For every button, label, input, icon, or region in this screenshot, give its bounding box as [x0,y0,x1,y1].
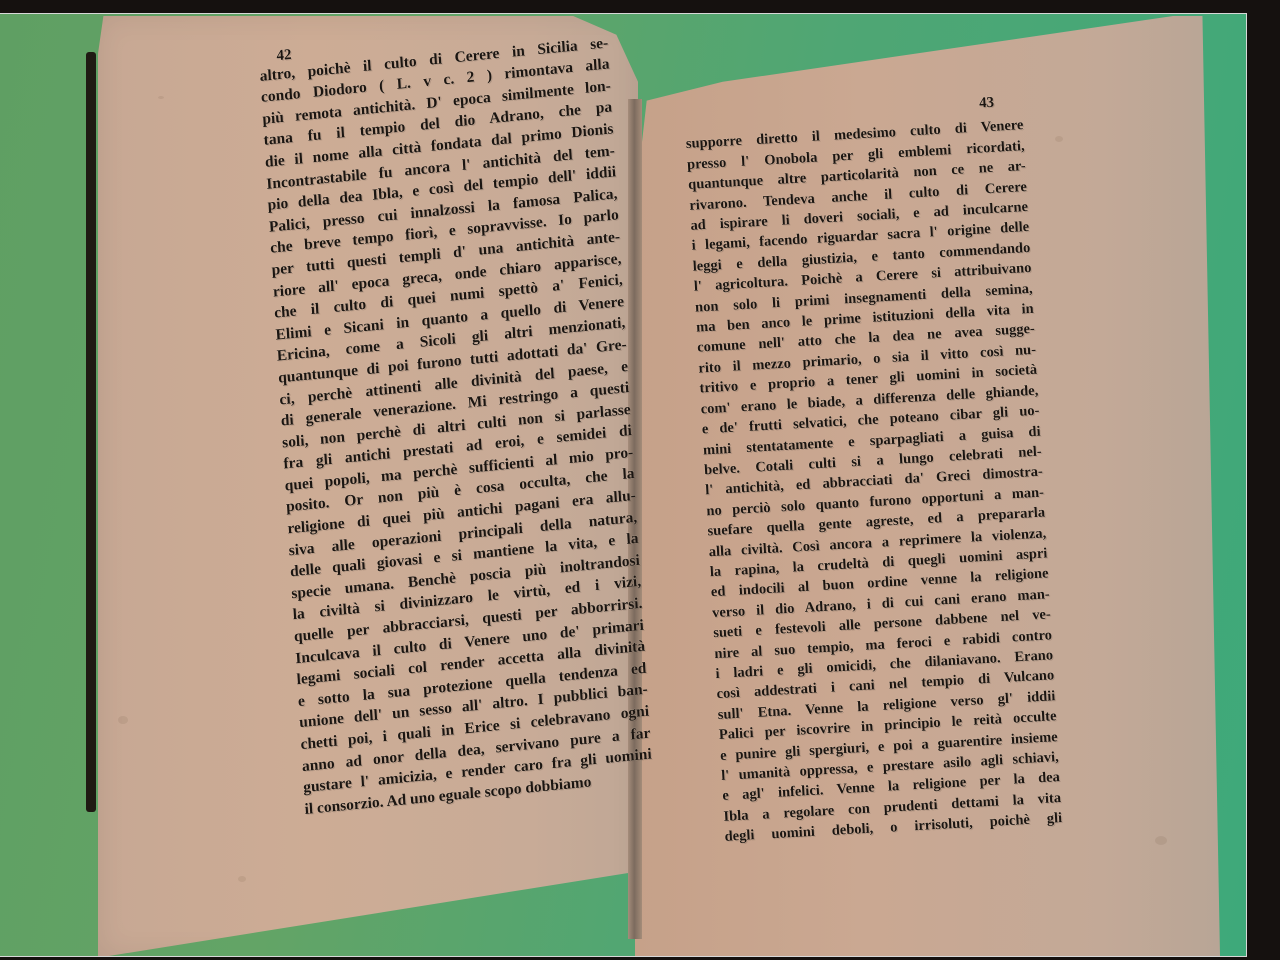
left-page-text: 42 altro, poichè il culto di Cerere in S… [258,14,654,820]
book-cover-edge [86,52,96,812]
right-page-text: 43 supporre diretto il medesimo culto di… [684,91,1063,847]
